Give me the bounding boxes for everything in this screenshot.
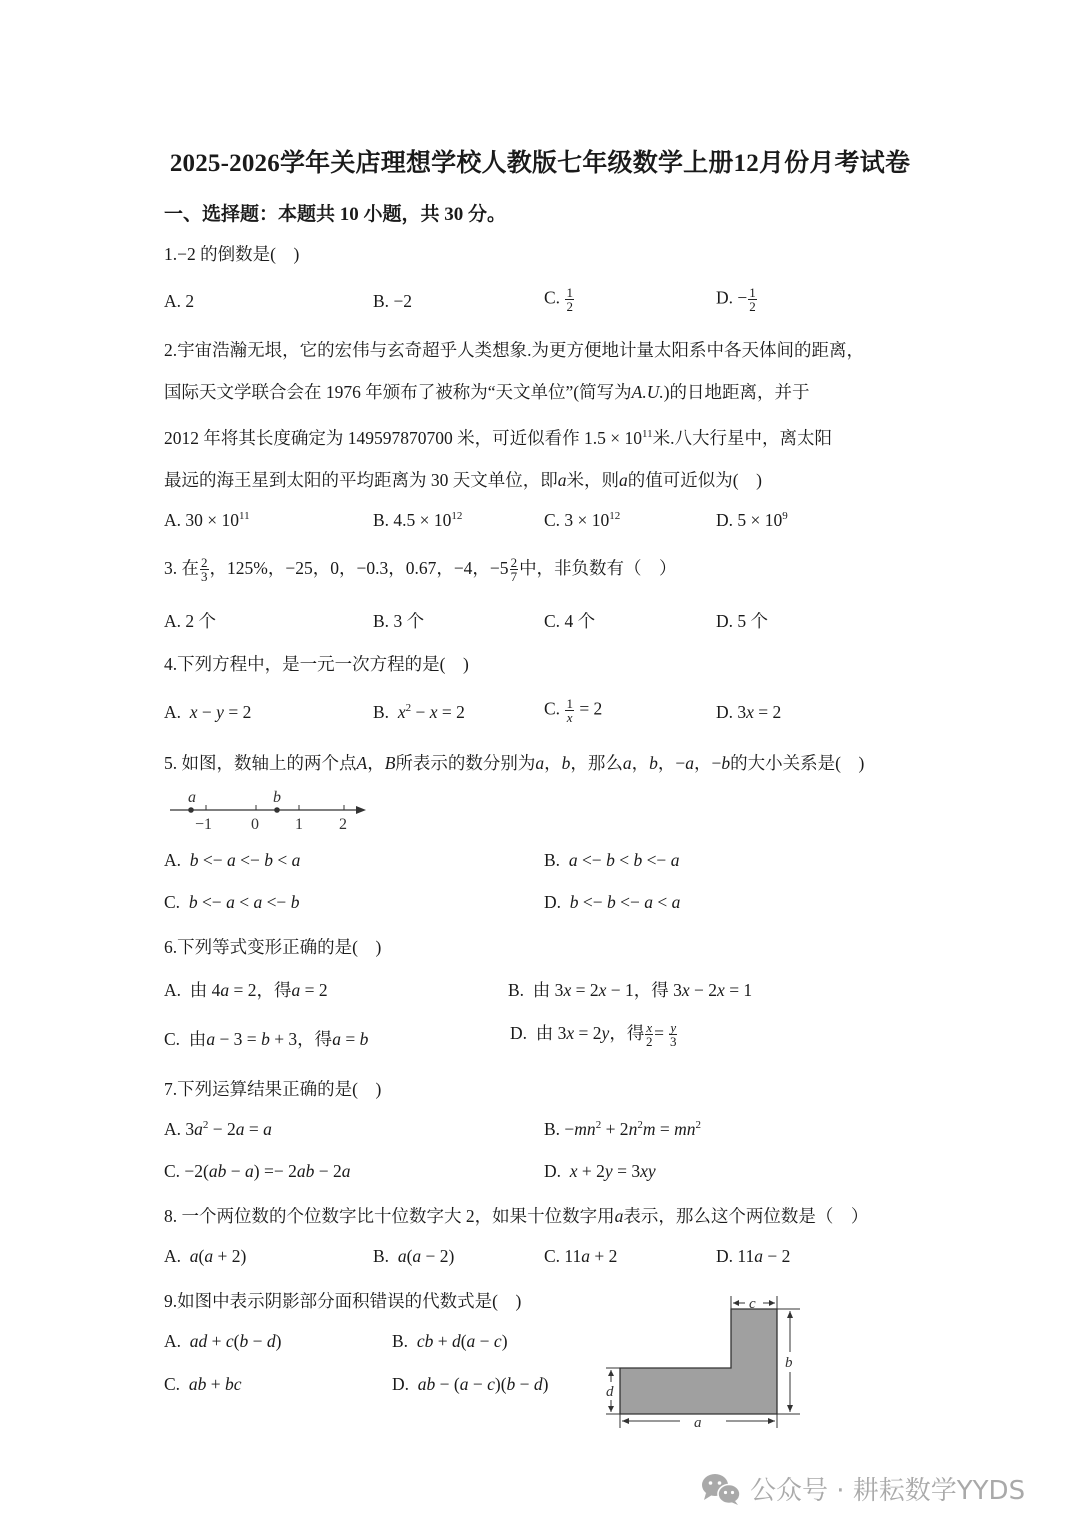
q3-option-a[interactable]: A. 2 个: [164, 608, 216, 633]
q4-option-d[interactable]: D. 3x = 2: [716, 702, 781, 723]
q8-option-d[interactable]: D. 11a − 2: [716, 1246, 790, 1267]
svg-text:0: 0: [251, 816, 259, 833]
question-7: 7.下列运算结果正确的是( ): [164, 1076, 381, 1101]
svg-text:2: 2: [339, 816, 347, 833]
q6-option-b[interactable]: B. 由 3x = 2x − 1，得 3x − 2x = 1: [508, 977, 752, 1002]
q4-option-b[interactable]: B. x2 − x = 2: [373, 702, 465, 723]
q6-option-a[interactable]: A. 由 4a = 2，得a = 2: [164, 977, 328, 1002]
q7-option-a[interactable]: A. 3a2 − 2a = a: [164, 1119, 272, 1140]
question-1: 1.−2 的倒数是( ): [164, 241, 299, 266]
svg-text:a: a: [188, 789, 196, 806]
q5-option-c[interactable]: C. b <− a < a <− b: [164, 892, 299, 913]
q2-option-b[interactable]: B. 4.5 × 1012: [373, 510, 462, 531]
stem-line: 宇宙浩瀚无垠，它的宏伟与玄奇超乎人类想象.为更方便地计量太阳系中各天体间的距离，: [177, 340, 864, 360]
q3-option-d[interactable]: D. 5 个: [716, 608, 768, 633]
q1-option-a[interactable]: A. 2: [164, 291, 194, 312]
q5-option-b[interactable]: B. a <− b < b <− a: [544, 850, 679, 871]
q7-option-b[interactable]: B. −mn2 + 2n2m = mn2: [544, 1119, 701, 1140]
q5-option-d[interactable]: D. b <− b <− a < a: [544, 892, 680, 913]
q2-option-a[interactable]: A. 30 × 1011: [164, 510, 250, 531]
watermark: 公众号 · 耕耘数学YYDS: [700, 1470, 1025, 1507]
q2-option-c[interactable]: C. 3 × 1012: [544, 510, 620, 531]
q7-option-c[interactable]: C. −2(ab − a) =− 2ab − 2a: [164, 1161, 350, 1182]
q9-option-d[interactable]: D. ab − (a − c)(b − d): [392, 1374, 548, 1395]
number-line-figure: a b −1 0 1 2: [168, 785, 373, 833]
svg-text:d: d: [606, 1384, 614, 1400]
question-stem: −2 的倒数是( ): [177, 244, 299, 264]
q6-option-d[interactable]: D. 由 3x = 2y，得x2= y3: [510, 1020, 678, 1048]
q1-option-c[interactable]: C. 12: [544, 286, 575, 313]
question-number: 1.: [164, 244, 177, 264]
section-heading: 一、选择题：本题共 10 小题，共 30 分。: [164, 199, 506, 226]
exam-title: 2025-2026学年关店理想学校人教版七年级数学上册12月份月考试卷: [0, 143, 1080, 179]
watermark-text: 公众号 · 耕耘数学YYDS: [750, 1470, 1025, 1507]
question-6: 6.下列等式变形正确的是( ): [164, 934, 381, 959]
question-5: 5. 如图，数轴上的两个点A，B所表示的数分别为a，b，那么a，b，−a，−b的…: [164, 750, 864, 775]
svg-text:b: b: [785, 1355, 793, 1371]
question-9: 9.如图中表示阴影部分面积错误的代数式是( ): [164, 1288, 521, 1313]
q1-option-b[interactable]: B. −2: [373, 291, 412, 312]
svg-text:−1: −1: [195, 816, 212, 833]
question-4: 4.下列方程中，是一元一次方程的是( ): [164, 651, 469, 676]
q4-option-a[interactable]: A. x − y = 2: [164, 702, 251, 723]
q9-option-c[interactable]: C. ab + bc: [164, 1374, 241, 1395]
question-2: 2.宇宙浩瀚无垠，它的宏伟与玄奇超乎人类想象.为更方便地计量太阳系中各天体间的距…: [164, 330, 864, 500]
q2-option-d[interactable]: D. 5 × 109: [716, 510, 788, 531]
l-shape-figure: c b d a: [600, 1290, 810, 1430]
svg-text:b: b: [273, 789, 281, 806]
question-8: 8. 一个两位数的个位数字比十位数字大 2，如果十位数字用a表示，那么这个两位数…: [164, 1203, 868, 1228]
svg-text:1: 1: [295, 816, 303, 833]
q8-option-a[interactable]: A. a(a + 2): [164, 1246, 246, 1267]
q9-option-b[interactable]: B. cb + d(a − c): [392, 1331, 508, 1352]
wechat-icon: [700, 1472, 742, 1506]
q8-option-b[interactable]: B. a(a − 2): [373, 1246, 454, 1267]
question-3: 3. 在23，125%，−25，0，−0.3，0.67，−4，−527中，非负数…: [164, 555, 677, 583]
q3-option-b[interactable]: B. 3 个: [373, 608, 424, 633]
svg-text:a: a: [694, 1415, 702, 1430]
q5-option-a[interactable]: A. b <− a <− b < a: [164, 850, 300, 871]
q9-option-a[interactable]: A. ad + c(b − d): [164, 1331, 281, 1352]
q3-option-c[interactable]: C. 4 个: [544, 608, 595, 633]
q4-option-c[interactable]: C. 1x = 2: [544, 697, 602, 724]
q1-option-d[interactable]: D. −12: [716, 286, 758, 313]
q7-option-d[interactable]: D. x + 2y = 3xy: [544, 1161, 656, 1182]
q8-option-c[interactable]: C. 11a + 2: [544, 1246, 617, 1267]
svg-text:c: c: [749, 1296, 756, 1312]
q6-option-c[interactable]: C. 由a − 3 = b + 3，得a = b: [164, 1026, 368, 1051]
